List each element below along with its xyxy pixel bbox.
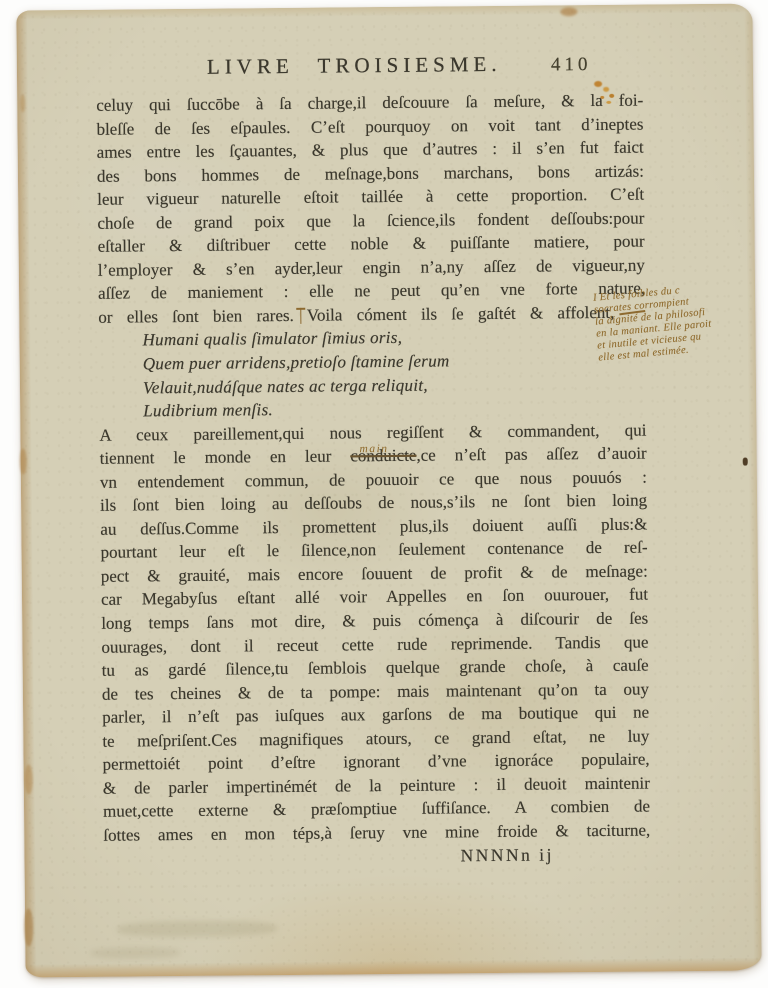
print-text: ils ſont bien loing au deſſoubs de nous,…	[100, 491, 647, 515]
print-text: Voila cóment ils ſe gaſtét & affolent,	[307, 303, 615, 325]
print-text: bleſſe de ſes eſpaules. C’eſt pourquoy o…	[96, 114, 643, 138]
handwritten-correction: main	[359, 438, 388, 462]
print-text: pect & grauité, mais encore ſouuent de p…	[101, 561, 648, 585]
print-text: parler, il n’eſt pas iuſques aux garſons…	[102, 703, 649, 727]
insertion-caret-icon	[296, 307, 305, 324]
page-edge-stain	[20, 94, 25, 112]
running-title: LIVRE TROISIESME.	[207, 52, 507, 80]
print-text: Quem puer arridens,pretioſo ſtamine ſeru…	[143, 351, 450, 373]
print-text: ames entre les ſçauantes, & plus que d’a…	[97, 138, 644, 162]
print-text: te meſpriſent.Ces magnifiques atours, ce…	[102, 726, 649, 750]
page-edge-stain	[24, 908, 33, 946]
print-text: Ludibrium menſis.	[143, 400, 273, 420]
print-text: ,ce n’eſt pas aſſez d’auoir	[416, 444, 646, 465]
paper-leaf: LIVRE TROISIESME. 410 celuy qui ſuccōbe …	[16, 3, 761, 977]
print-text: ſottes ames en mon téps,à ſeruy vne mine…	[103, 820, 650, 844]
print-text: vn entendement commun, de pouuoir ce que…	[100, 467, 647, 491]
print-text: tiennent le monde en leur	[100, 447, 351, 468]
print-text: Humani qualis ſimulator ſimius oris,	[142, 328, 402, 349]
print-text: NNNNn ij	[460, 844, 554, 865]
print-text: muet,cette externe & præſomptiue ſuffiſa…	[103, 797, 650, 821]
ink-speck	[743, 458, 748, 466]
print-text: Velauit,nudáſque nates ac terga reliquit…	[143, 375, 428, 397]
show-through-smudge	[117, 920, 277, 938]
print-text: pourtant leur eſt le ſilence,non ſeuleme…	[100, 538, 647, 562]
print-text: eſtaller & diſtribuer cette noble & puiſ…	[98, 232, 645, 256]
text-block: celuy qui ſuccōbe à ſa charge,il deſcouu…	[96, 89, 650, 871]
scanned-book-page: LIVRE TROISIESME. 410 celuy qui ſuccōbe …	[0, 0, 768, 988]
print-text: car Megabyſus eſtant allé voir Appelles …	[101, 585, 648, 609]
print-text: au deſſus.Comme ils promettent plus,ils …	[100, 514, 647, 538]
print-text: long temps ſans mot dire, & puis cómença…	[101, 609, 648, 633]
print-text: choſe de grand poix que la ſcience,ils f…	[97, 208, 644, 232]
print-text: aſſez de maniement : elle ne peut qu’en …	[98, 279, 645, 303]
print-text: de tes cheines & de ta pompe: mais maint…	[102, 679, 649, 703]
print-text: des bons hommes de meſnage,bons marchans…	[97, 161, 644, 185]
page-edge-stain	[20, 448, 27, 474]
print-text: & de parler impertinémét de la peinture …	[103, 773, 650, 797]
print-text: ouurages, dont il receut cette rude repr…	[101, 632, 648, 656]
print-text: celuy qui ſuccōbe à ſa charge,il deſcouu…	[96, 91, 643, 115]
print-text: or elles ſont bien rares.	[98, 306, 294, 327]
print-text: permettoiét point d’eſtre ignorant d’vne…	[103, 750, 650, 774]
print-text: l’employer & s’en ayder,leur engin n’a,n…	[98, 255, 645, 279]
paper-stain	[560, 7, 577, 16]
print-text: leur vigueur naturelle eſtoit taillée à …	[97, 185, 644, 209]
show-through-smudge	[90, 947, 180, 959]
strikethrough-word: conduictemain	[350, 446, 416, 466]
page-edge-stain	[25, 764, 33, 794]
foxing-spot	[594, 81, 602, 87]
page-number: 410	[551, 54, 592, 76]
print-text: tu as gardé ſilence,tu ſemblois quelque …	[102, 656, 649, 680]
